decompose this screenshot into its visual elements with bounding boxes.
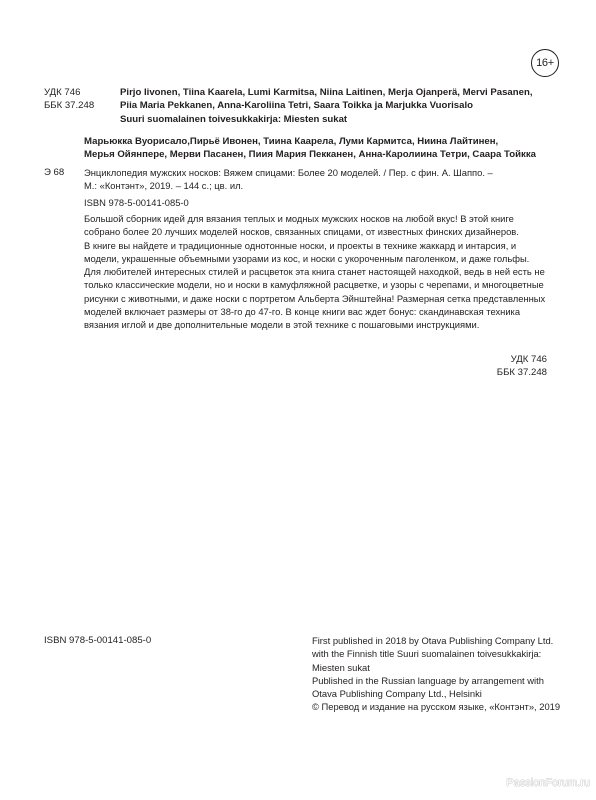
- annotation-line: собрано более 20 лучших моделей носков, …: [84, 225, 545, 238]
- annotation: Большой сборник идей для вязания теплых …: [84, 212, 545, 332]
- annotation-line: только классические модели, но и носки в…: [84, 278, 545, 291]
- annotation-line: В книге вы найдете и традиционные одното…: [84, 239, 545, 252]
- bbk-code: ББК 37.248: [44, 99, 94, 112]
- original-metadata: Pirjo Iivonen, Tiina Kaarela, Lumi Karmi…: [120, 86, 532, 126]
- annotation-line: моделей включает размеры от 38-го до 47-…: [84, 305, 545, 318]
- copyright-line: Miesten sukat: [312, 661, 560, 674]
- russian-authors-line: Мерья Ойянпере, Мерви Пасанен, Пиия Мари…: [84, 148, 536, 161]
- russian-authors-line: Марьюкка Вуорисало,Пирьё Ивонен, Тиина К…: [84, 135, 536, 148]
- original-authors-line: Pirjo Iivonen, Tiina Kaarela, Lumi Karmi…: [120, 86, 532, 99]
- age-rating-badge: 16+: [531, 49, 559, 77]
- copyright-line: Published in the Russian language by arr…: [312, 674, 560, 687]
- copyright-line: © Перевод и издание на русском языке, «К…: [312, 700, 560, 713]
- annotation-line: Большой сборник идей для вязания теплых …: [84, 212, 545, 225]
- udk-code: УДК 746: [44, 86, 80, 99]
- annotation-line: Для любителей интересных стилей и расцве…: [84, 265, 545, 278]
- author-mark: Э 68: [44, 166, 64, 179]
- copyright-line: Otava Publishing Company Ltd., Helsinki: [312, 687, 560, 700]
- original-title: Suuri suomalainen toivesukkakirja: Miest…: [120, 113, 532, 126]
- right-codes: УДК 746 ББК 37.248: [497, 353, 547, 379]
- annotation-line: модели, украшенные объемными узорами из …: [84, 252, 545, 265]
- original-authors-line: Piia Maria Pekkanen, Anna-Karoliina Tetr…: [120, 99, 532, 112]
- bibliographic-line: Энциклопедия мужских носков: Вяжем спица…: [84, 166, 493, 179]
- copyright-line: First published in 2018 by Otava Publish…: [312, 634, 560, 647]
- bibliographic-record: Энциклопедия мужских носков: Вяжем спица…: [84, 166, 493, 209]
- udk-code-right: УДК 746: [497, 353, 547, 366]
- copyright-block: First published in 2018 by Otava Publish…: [312, 634, 560, 714]
- annotation-line: вязания иглой и две дополнительные модел…: [84, 318, 545, 331]
- bbk-code-right: ББК 37.248: [497, 366, 547, 379]
- bibliographic-line: М.: «Контэнт», 2019. – 144 с.; цв. ил.: [84, 179, 493, 192]
- footer-isbn: ISBN 978-5-00141-085-0: [44, 634, 151, 647]
- age-rating-text: 16+: [536, 57, 554, 69]
- watermark: PassionForum.ru: [506, 777, 590, 789]
- isbn-record: ISBN 978-5-00141-085-0: [84, 196, 493, 209]
- russian-authors: Марьюкка Вуорисало,Пирьё Ивонен, Тиина К…: [84, 135, 536, 162]
- annotation-line: рисунки с животными, и даже носки с порт…: [84, 292, 545, 305]
- copyright-line: with the Finnish title Suuri suomalainen…: [312, 647, 560, 660]
